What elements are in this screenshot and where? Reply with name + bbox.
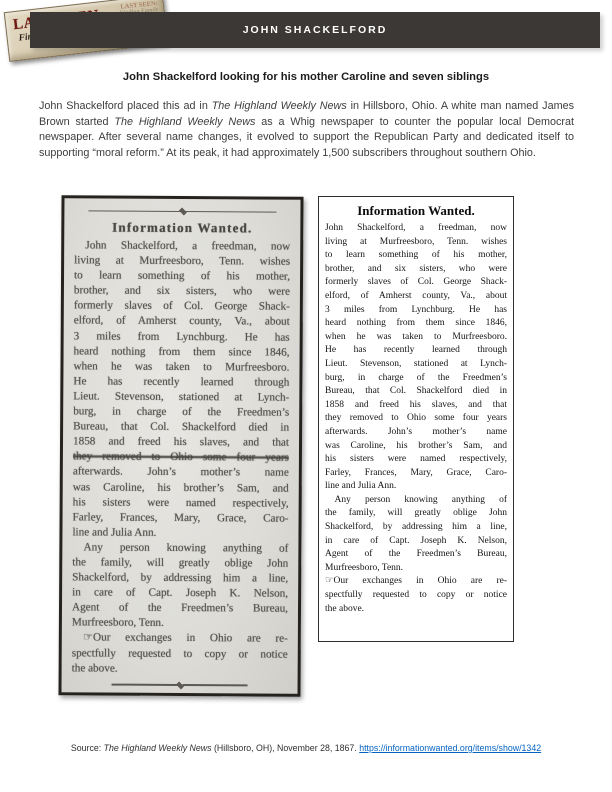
text-line: the above. bbox=[72, 661, 288, 677]
text-line: John Shackelford, a freedman, now bbox=[74, 238, 290, 254]
text-line: ☞Our exchanges in Ohio are re- bbox=[325, 575, 507, 589]
page: { "header": { "bar_title": "JOHN SHACKEL… bbox=[0, 0, 612, 792]
transcription-body: John Shackelford, a freedman, nowliving … bbox=[325, 222, 507, 616]
text-segment: The Highland Weekly News bbox=[114, 116, 255, 128]
intro-paragraph: John Shackelford placed this ad in The H… bbox=[39, 99, 574, 162]
rule-line bbox=[182, 684, 248, 686]
text-line: Any person knowing anything of bbox=[72, 540, 288, 556]
header-bar: JOHN SHACKELFORD bbox=[30, 12, 600, 48]
text-line: to learn something of his mother, bbox=[74, 269, 290, 285]
text-line: spectfully requested to copy or notice bbox=[325, 589, 507, 603]
text-line: afterwards. John’s mother’s name bbox=[73, 465, 289, 481]
footer: Source: The Highland Weekly News (Hillsb… bbox=[0, 743, 612, 753]
rule-diamond bbox=[178, 207, 186, 215]
text-line: the above. bbox=[325, 603, 507, 617]
header-title: JOHN SHACKELFORD bbox=[30, 12, 600, 48]
text-line: Farley, Frances, Mary, Grace, Caro- bbox=[325, 467, 507, 481]
clipping-rule-bottom bbox=[112, 681, 248, 689]
text-line: the family, will greatly oblige John bbox=[325, 507, 507, 521]
text-line: Farley, Frances, Mary, Grace, Caro- bbox=[73, 510, 289, 526]
text-line: formerly slaves of Col. George Shack- bbox=[74, 299, 290, 315]
text-line: 3 miles from Lynchburg. He has bbox=[325, 304, 507, 318]
text-line: was Caroline, his brother’s Sam, and bbox=[73, 480, 289, 496]
rule-line bbox=[88, 210, 180, 212]
text-line: heard nothing from them since 1846, bbox=[74, 344, 290, 360]
text-line: Lieut. Stevenson, stationed at Lynch- bbox=[325, 358, 507, 372]
text-line: living at Murfreesboro, Tenn. wishes bbox=[74, 253, 290, 269]
text-segment: (Hillsboro, OH), November 28, 1867. bbox=[212, 743, 360, 753]
text-line: to learn something of his mother, bbox=[325, 249, 507, 263]
text-line: burg, in charge of the Freedmen’s bbox=[325, 372, 507, 386]
transcription-box: Information Wanted. John Shackelford, a … bbox=[318, 196, 514, 642]
clipping-body: John Shackelford, a freedman, nowliving … bbox=[72, 238, 291, 677]
text-line: elford, of Amherst county, Va., about bbox=[74, 314, 290, 330]
text-line: Murfreesboro, Tenn. bbox=[72, 616, 288, 632]
text-line: line and Julia Ann. bbox=[325, 480, 507, 494]
text-line: in care of Capt. Joseph K. Nelson, bbox=[72, 585, 288, 601]
text-line: Bureau, that Col. Shackelford died in bbox=[325, 385, 507, 399]
text-line: He has recently learned through bbox=[325, 344, 507, 358]
clipping-heading: Information Wanted. bbox=[74, 219, 290, 236]
text-line: Shackelford, by addressing him a line, bbox=[325, 521, 507, 535]
text-line: brother, and six sisters, who were bbox=[325, 263, 507, 277]
text-line: the family, will greatly oblige John bbox=[72, 555, 288, 571]
transcription-heading: Information Wanted. bbox=[325, 203, 507, 219]
text-line: they removed to Ohio some four years bbox=[73, 450, 289, 466]
rule-line bbox=[185, 211, 277, 213]
rule-diamond bbox=[176, 681, 184, 689]
text-line: He has recently learned through bbox=[73, 374, 289, 390]
text-line: his sisters were named respectively, bbox=[73, 495, 289, 511]
text-segment: John Shackelford placed this ad in bbox=[39, 100, 212, 112]
text-line: Agent of the Freedmen’s Bureau, bbox=[325, 548, 507, 562]
text-line: they removed to Ohio some four years bbox=[325, 412, 507, 426]
source-link[interactable]: https://informationwanted.org/items/show… bbox=[359, 743, 541, 753]
text-line: formerly slaves of Col. George Shack- bbox=[325, 276, 507, 290]
text-line: living at Murfreesboro, Tenn. wishes bbox=[325, 236, 507, 250]
page-title: John Shackelford looking for his mother … bbox=[0, 71, 612, 83]
rule-line bbox=[112, 684, 178, 686]
text-segment: The Highland Weekly News bbox=[104, 743, 212, 753]
clipping-rule-top bbox=[88, 207, 276, 215]
text-line: 1858 and freed his slaves, and that bbox=[73, 435, 289, 451]
text-line: 3 miles from Lynchburg. He has bbox=[74, 329, 290, 345]
text-line: in care of Capt. Joseph K. Nelson, bbox=[325, 535, 507, 549]
text-line: his sisters were named respectively, bbox=[325, 453, 507, 467]
text-segment: The Highland Weekly News bbox=[212, 100, 347, 112]
text-line: elford, of Amherst county, Va., about bbox=[325, 290, 507, 304]
source-line: Source: The Highland Weekly News (Hillsb… bbox=[71, 743, 541, 753]
text-line: Agent of the Freedmen’s Bureau, bbox=[72, 601, 288, 617]
text-line: ☞Our exchanges in Ohio are re- bbox=[72, 631, 288, 647]
text-line: heard nothing from them since 1846, bbox=[325, 317, 507, 331]
text-line: Murfreesboro, Tenn. bbox=[325, 562, 507, 576]
text-line: afterwards. John’s mother’s name bbox=[325, 426, 507, 440]
text-line: Bureau, that Col. Shackelford died in bbox=[73, 419, 289, 435]
newspaper-clipping-scan: Information Wanted. John Shackelford, a … bbox=[58, 195, 303, 696]
text-line: when he was taken to Murfreesboro. bbox=[325, 331, 507, 345]
text-line: spectfully requested to copy or notice bbox=[72, 646, 288, 662]
text-line: when he was taken to Murfreesboro. bbox=[73, 359, 289, 375]
text-line: Lieut. Stevenson, stationed at Lynch- bbox=[73, 389, 289, 405]
text-line: burg, in charge of the Freedmen’s bbox=[73, 404, 289, 420]
text-line: line and Julia Ann. bbox=[72, 525, 288, 541]
text-line: Shackelford, by addressing him a line, bbox=[72, 570, 288, 586]
text-line: Any person knowing anything of bbox=[325, 494, 507, 508]
text-segment: Source: bbox=[71, 743, 104, 753]
text-line: 1858 and freed his slaves, and that bbox=[325, 399, 507, 413]
text-line: John Shackelford, a freedman, now bbox=[325, 222, 507, 236]
text-line: was Caroline, his brother’s Sam, and bbox=[325, 440, 507, 454]
text-line: brother, and six sisters, who were bbox=[74, 284, 290, 300]
